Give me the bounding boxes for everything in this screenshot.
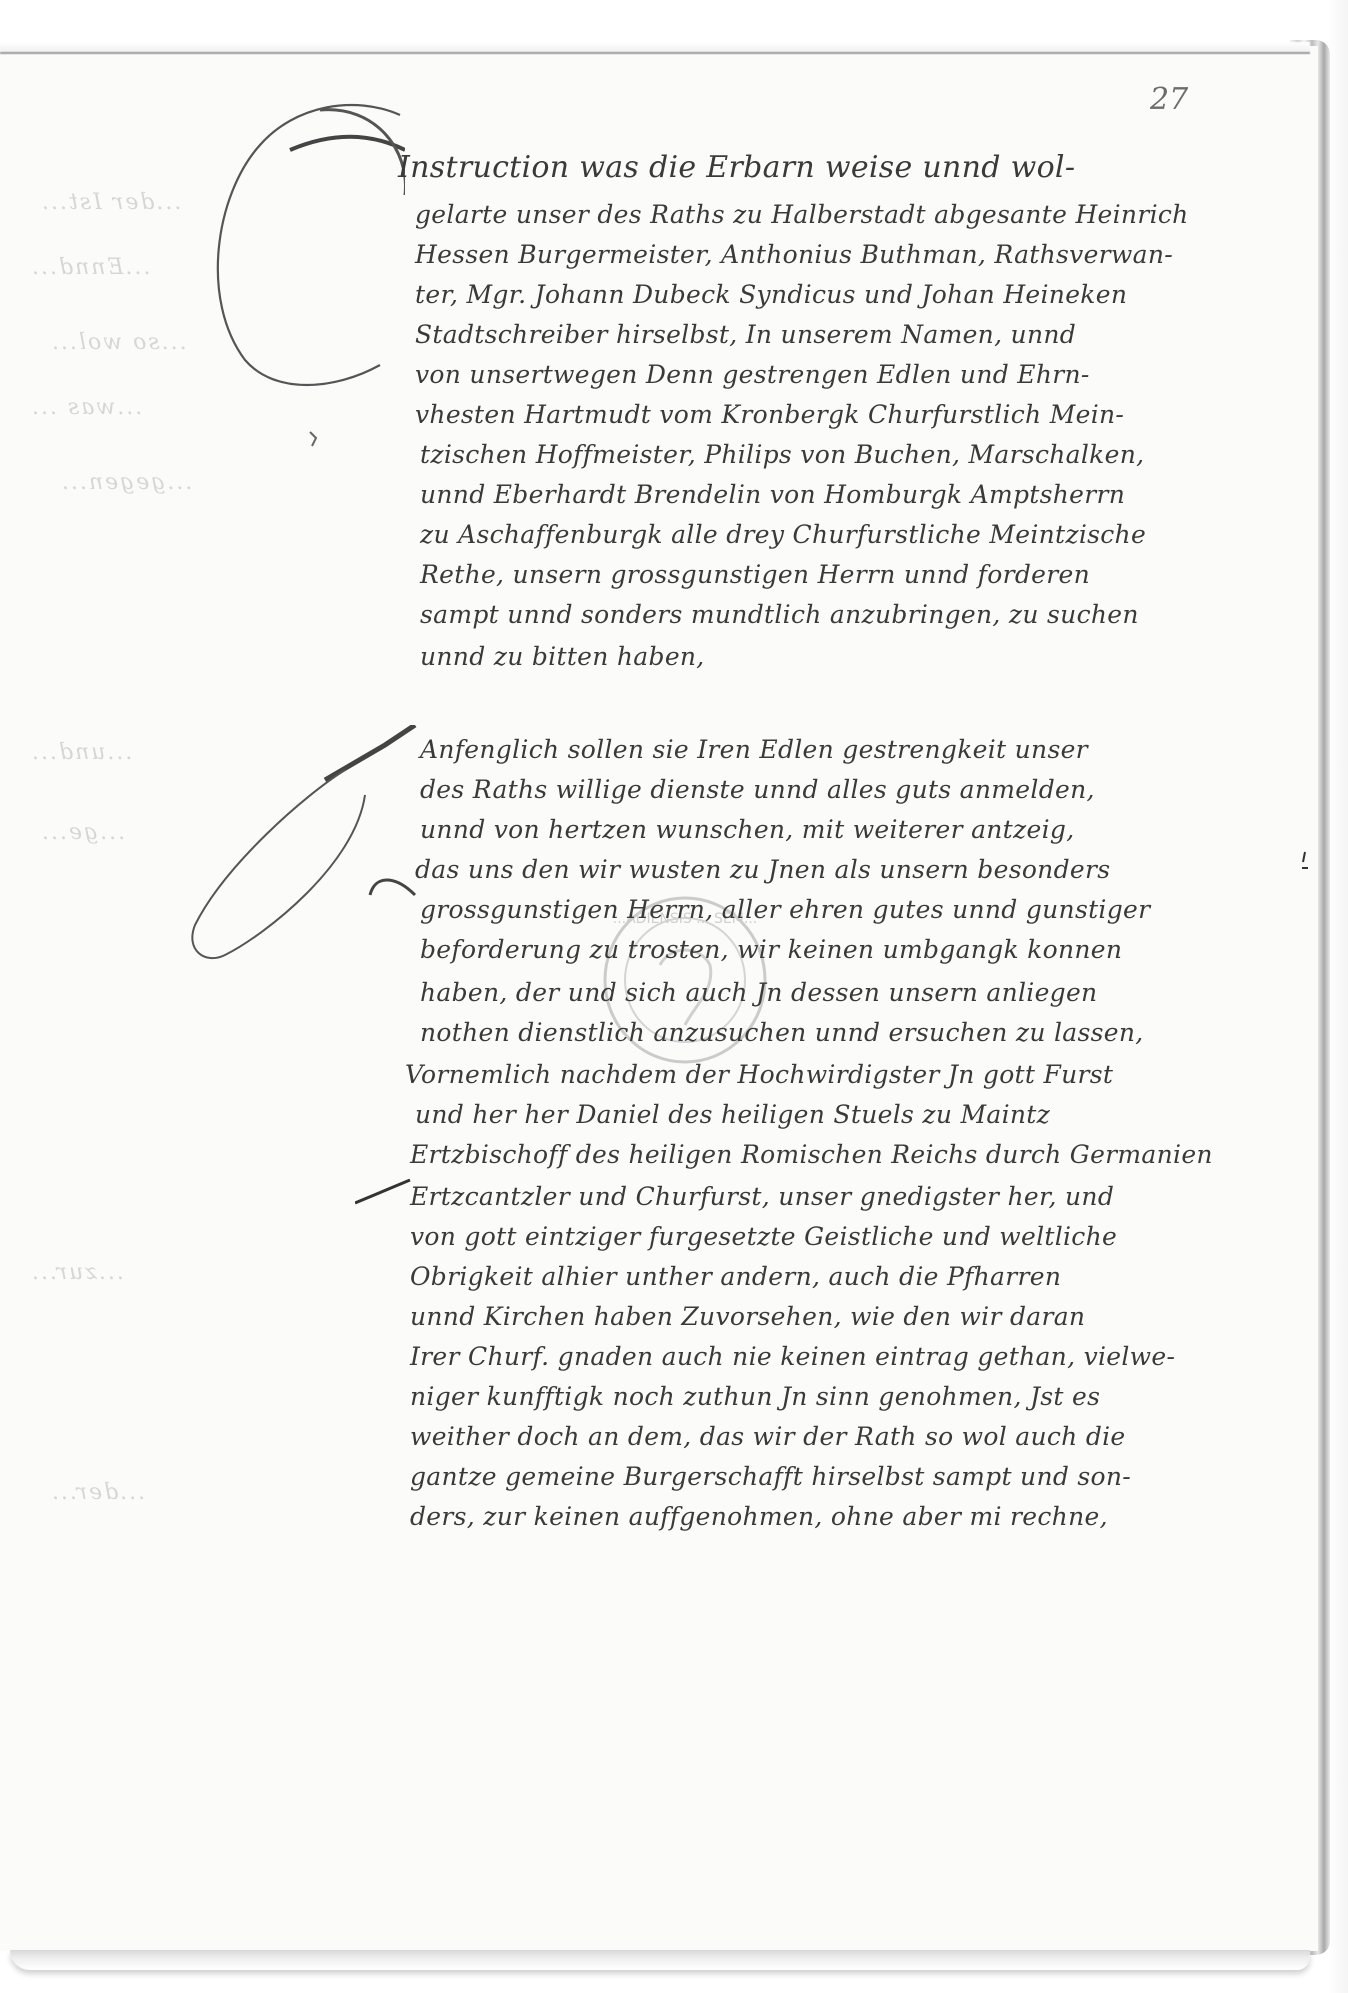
text-line: vhesten Hartmudt vom Kronbergk Churfurst… [415,400,1124,429]
text-line: Ertzcantzler und Churfurst, unser gnedig… [410,1182,1114,1211]
margin-mark [1300,850,1310,880]
text-line: nothen dienstlich anzusuchen unnd ersuch… [420,1018,1144,1047]
text-line: unnd zu bitten haben, [420,642,705,671]
text-line: Stadtschreiber hirselbst, In unserem Nam… [415,320,1076,349]
text-line: das uns den wir wusten zu Jnen als unser… [415,855,1110,884]
text-line: Irer Churf. gnaden auch nie keinen eintr… [410,1342,1175,1371]
text-line: und her her Daniel des heiligen Stuels z… [415,1100,1050,1129]
text-line: tzischen Hoffmeister, Philips von Buchen… [420,440,1144,469]
text-line: beforderung zu trosten, wir keinen umbga… [420,935,1122,964]
text-line: von unsertwegen Denn gestrengen Edlen un… [415,360,1090,389]
text-line: sampt unnd sonders mundtlich anzubringen… [420,600,1139,629]
bleed-through-text: ...der Ist... [40,190,181,215]
text-line: Anfenglich sollen sie Iren Edlen gestren… [420,735,1088,764]
page-bottom-edge [10,1950,1310,1970]
bleed-through-text: ...gegen... [60,470,192,495]
text-line: ter, Mgr. Johann Dubeck Syndicus und Joh… [415,280,1127,309]
bleed-through-text: ...ge... [40,820,125,845]
text-line: zu Aschaffenburgk alle drey Churfurstlic… [420,520,1146,549]
bleed-through-text: ...so wol... [50,330,187,355]
folio-number: 27 [1150,82,1188,117]
bleed-through-text: ...der... [50,1480,145,1505]
text-line: Vornemlich nachdem der Hochwirdigster Jn… [405,1060,1113,1089]
bleed-through-text: ...Ennd... [30,255,150,280]
text-line: gelarte unser des Raths zu Halberstadt a… [415,200,1189,229]
text-line: niger kunfftigk noch zuthun Jn sinn geno… [410,1382,1100,1411]
text-line: grossgunstigen Herrn, aller ehren gutes … [420,895,1150,924]
text-line: Hessen Burgermeister, Anthonius Buthman,… [415,240,1173,269]
text-line: Rethe, unsern grossgunstigen Herrn unnd … [420,560,1090,589]
text-line: gantze gemeine Burgerschafft hirselbst s… [410,1462,1131,1491]
page-top-edge [0,42,1310,54]
text-line: ders, zur keinen auffgenohmen, ohne aber… [410,1502,1108,1531]
decorated-initial-i [205,100,405,390]
text-line: Obrigkeit alhier unther andern, auch die… [410,1262,1061,1291]
text-line: unnd Kirchen haben Zuvorsehen, wie den w… [410,1302,1085,1331]
margin-tick-mark [308,430,320,448]
text-line: haben, der und sich auch Jn dessen unser… [420,978,1097,1007]
text-line: Ertzbischoff des heiligen Romischen Reic… [410,1140,1213,1169]
pointing-mark [355,1175,415,1205]
text-line: von gott eintziger furgesetzte Geistlich… [410,1222,1117,1251]
text-line: unnd Eberhardt Brendelin von Homburgk Am… [420,480,1125,509]
bleed-through-text: ...was ... [30,395,142,420]
text-line: unnd von hertzen wunschen, mit weiterer … [420,815,1074,844]
text-line: weither doch an dem, das wir der Rath so… [410,1422,1126,1451]
background-gutter [1328,0,1348,1993]
bleed-through-text: ...zur... [30,1260,124,1285]
bleed-through-text: ...und... [30,740,132,765]
text-line: des Raths willige dienste unnd alles gut… [420,775,1095,804]
decorated-initial-a [185,725,425,970]
text-line: Instruction was die Erbarn weise unnd wo… [398,150,1075,185]
